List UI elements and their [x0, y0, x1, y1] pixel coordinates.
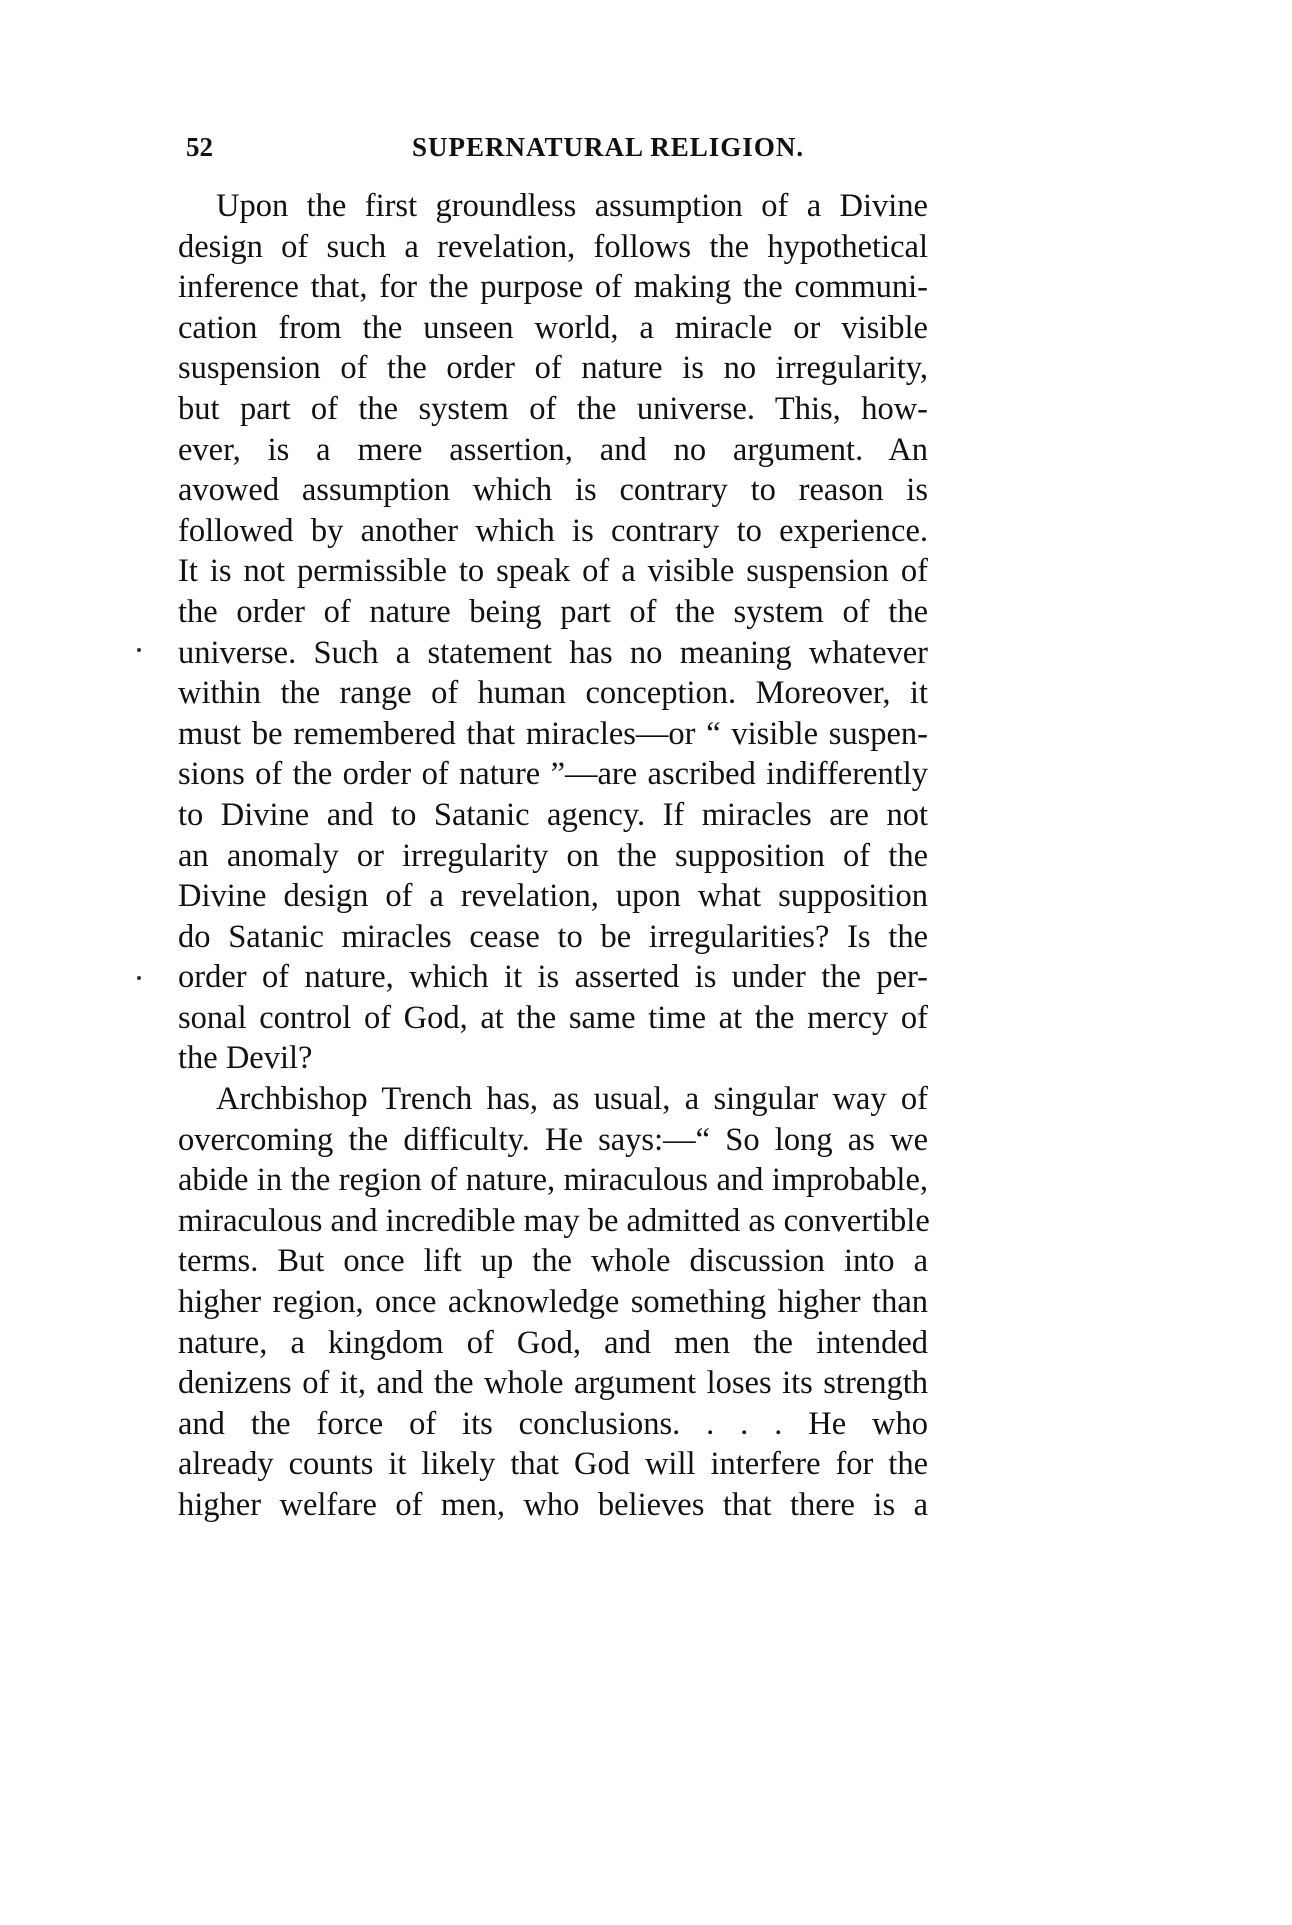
- text-line: Archbishop Trench has, as usual, a singu…: [178, 1079, 928, 1120]
- margin-mark: [137, 648, 141, 652]
- text-line: Upon the first groundless assumption of …: [178, 186, 928, 227]
- body-text: Upon the first groundless assumption of …: [178, 186, 928, 1526]
- text-line: suspension of the order of nature is no …: [178, 348, 928, 389]
- text-line: higher welfare of men, who believes that…: [178, 1485, 928, 1526]
- text-line: already counts it likely that God will i…: [178, 1444, 928, 1485]
- text-line: abide in the region of nature, miraculou…: [178, 1160, 928, 1201]
- text-line: cation from the unseen world, a miracle …: [178, 308, 928, 349]
- text-line: terms. But once lift up the whole discus…: [178, 1241, 928, 1282]
- text-line: to Divine and to Satanic agency. If mira…: [178, 795, 928, 836]
- text-line: inference that, for the purpose of makin…: [178, 267, 928, 308]
- page-number: 52: [186, 132, 213, 163]
- text-line: design of such a revelation, follows the…: [178, 227, 928, 268]
- text-line: followed by another which is contrary to…: [178, 511, 928, 552]
- text-line: avowed assumption which is contrary to r…: [178, 470, 928, 511]
- text-line: and the force of its conclusions. . . . …: [178, 1404, 928, 1445]
- text-line: universe. Such a statement has no meanin…: [178, 633, 928, 674]
- text-line: nature, a kingdom of God, and men the in…: [178, 1323, 928, 1364]
- text-line: must be remembered that miracles—or “ vi…: [178, 714, 928, 755]
- text-line: do Satanic miracles cease to be irregula…: [178, 917, 928, 958]
- running-header: 52 SUPERNATURAL RELIGION.: [186, 132, 946, 172]
- text-line: higher region, once acknowledge somethin…: [178, 1282, 928, 1323]
- margin-mark: [137, 976, 141, 980]
- text-line: denizens of it, and the whole argument l…: [178, 1363, 928, 1404]
- text-line: sions of the order of nature ”—are ascri…: [178, 754, 928, 795]
- running-title: SUPERNATURAL RELIGION.: [412, 132, 804, 163]
- text-line: order of nature, which it is asserted is…: [178, 957, 928, 998]
- text-line: Divine design of a revelation, upon what…: [178, 876, 928, 917]
- text-line: but part of the system of the universe. …: [178, 389, 928, 430]
- text-line: the Devil?: [178, 1038, 928, 1079]
- paragraph-2: Archbishop Trench has, as usual, a singu…: [178, 1079, 928, 1526]
- text-line: ever, is a mere assertion, and no argume…: [178, 430, 928, 471]
- text-line: an anomaly or irregularity on the suppos…: [178, 836, 928, 877]
- text-line: sonal control of God, at the same time a…: [178, 998, 928, 1039]
- text-line: It is not permissible to speak of a visi…: [178, 551, 928, 592]
- text-line: miraculous and incredible may be admitte…: [178, 1201, 928, 1242]
- text-line: overcoming the difficulty. He says:—“ So…: [178, 1120, 928, 1161]
- text-line: the order of nature being part of the sy…: [178, 592, 928, 633]
- paragraph-1: Upon the first groundless assumption of …: [178, 186, 928, 1079]
- text-line: within the range of human conception. Mo…: [178, 673, 928, 714]
